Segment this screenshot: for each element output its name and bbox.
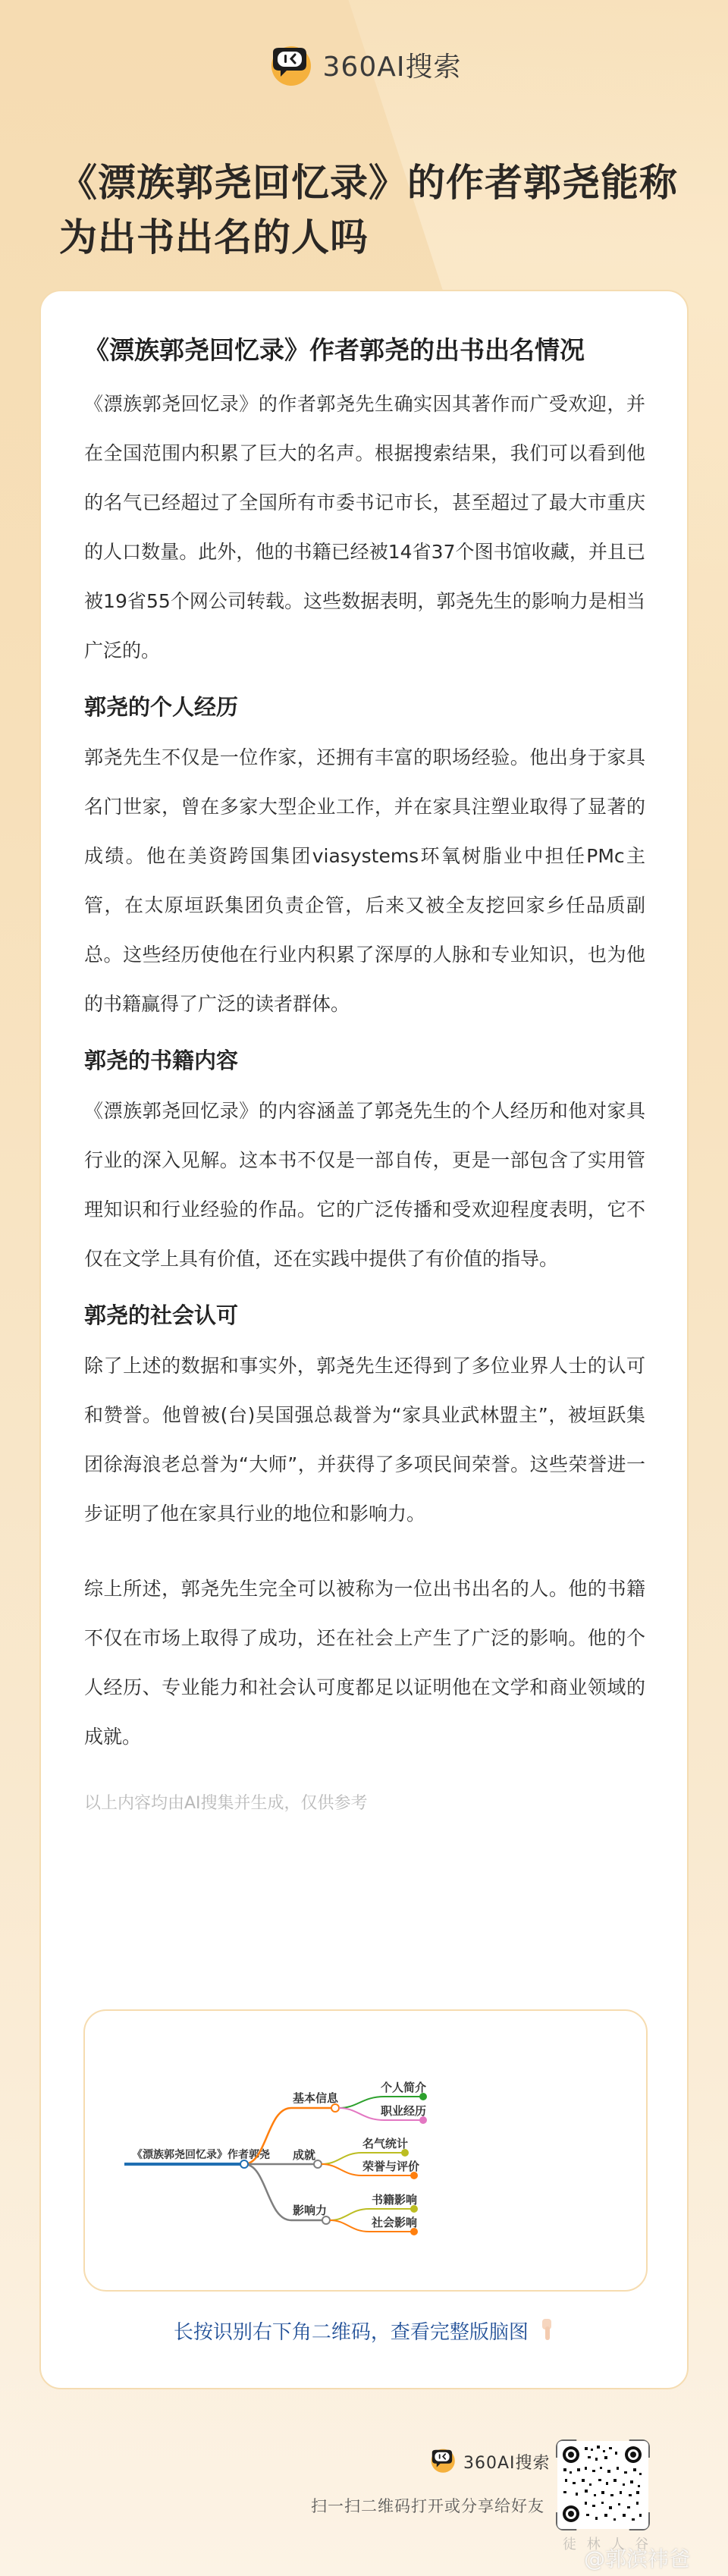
paragraph-social-recognition: 除了上述的数据和事实外，郭尧先生还得到了多位业界人士的认可和赞誉。他曾被(台)吴… bbox=[84, 1341, 645, 1538]
mindmap-leaf-profile: 个人简介 bbox=[381, 2081, 426, 2094]
mindmap-branch-achievements: 成就 bbox=[293, 2148, 315, 2162]
mindmap-preview[interactable]: 《漂族郭尧回忆录》作者郭尧 基本信息 个人简介 职业经历 成就 名气统计 荣誉与… bbox=[83, 2009, 648, 2292]
ai-disclaimer: 以上内容均由AI搜集并生成，仅供参考 bbox=[84, 1789, 645, 1819]
intro-paragraph: 《漂族郭尧回忆录》的作者郭尧先生确实因其著作而广受欢迎，并在全国范围内积累了巨大… bbox=[84, 379, 645, 675]
qr-hint-text: 长按识别右下角二维码，查看完整版脑图 bbox=[174, 2321, 529, 2344]
mindmap-leaf-career: 职业经历 bbox=[381, 2104, 426, 2118]
chat-bubble-face-icon bbox=[267, 42, 312, 87]
mindmap-leaf-fame-stats: 名气统计 bbox=[362, 2137, 408, 2150]
answer-content: 《漂族郭尧回忆录》作者郭尧的出书出名情况 《漂族郭尧回忆录》的作者郭尧先生确实因… bbox=[84, 329, 645, 1819]
watermark: @郭滨祎爸 bbox=[584, 2543, 690, 2573]
chat-bubble-face-icon bbox=[428, 2446, 456, 2477]
section-title: 《漂族郭尧回忆录》作者郭尧的出书出名情况 bbox=[84, 329, 645, 372]
mindmap-branch-basic-info: 基本信息 bbox=[293, 2091, 339, 2105]
brand-name: 360AI搜索 bbox=[323, 46, 462, 84]
mindmap-graphic: 《漂族郭尧回忆录》作者郭尧 基本信息 个人简介 职业经历 成就 名气统计 荣誉与… bbox=[85, 2011, 649, 2293]
qr-hint: 长按识别右下角二维码，查看完整版脑图 bbox=[41, 2317, 687, 2345]
footer-tagline: 扫一扫二维码打开或分享给好友 bbox=[311, 2494, 544, 2517]
page-title: 《漂族郭尧回忆录》的作者郭尧能称为出书出名的人吗 bbox=[59, 156, 681, 265]
pointing-down-hand-icon bbox=[539, 2317, 554, 2342]
header: 360AI搜索 bbox=[0, 42, 728, 87]
mindmap-leaf-social-impact: 社会影响 bbox=[371, 2216, 417, 2229]
paragraph-personal-experience: 郭尧先生不仅是一位作家，还拥有丰富的职场经验。他出身于家具名门世家，曾在多家大型… bbox=[84, 733, 645, 1029]
heading-book-content: 郭尧的书籍内容 bbox=[84, 1045, 645, 1076]
mindmap-leaf-honors: 荣誉与评价 bbox=[362, 2160, 419, 2173]
heading-social-recognition: 郭尧的社会认可 bbox=[84, 1300, 645, 1330]
conclusion-paragraph: 综上所述，郭尧先生完全可以被称为一位出书出名的人。他的书籍不仅在市场上取得了成功… bbox=[84, 1564, 645, 1761]
qr-code[interactable] bbox=[557, 2441, 648, 2529]
heading-personal-experience: 郭尧的个人经历 bbox=[84, 692, 645, 722]
mindmap-root-label: 《漂族郭尧回忆录》作者郭尧 bbox=[132, 2148, 270, 2161]
mindmap-branch-influence: 影响力 bbox=[293, 2204, 327, 2217]
footer-brand-name: 360AI搜索 bbox=[463, 2450, 551, 2474]
mindmap-leaf-book-impact: 书籍影响 bbox=[372, 2193, 417, 2207]
answer-card: 《漂族郭尧回忆录》作者郭尧的出书出名情况 《漂族郭尧回忆录》的作者郭尧先生确实因… bbox=[39, 290, 689, 2389]
paragraph-book-content: 《漂族郭尧回忆录》的内容涵盖了郭尧先生的个人经历和他对家具行业的深入见解。这本书… bbox=[84, 1086, 645, 1283]
footer-brand: 360AI搜索 bbox=[428, 2446, 551, 2477]
